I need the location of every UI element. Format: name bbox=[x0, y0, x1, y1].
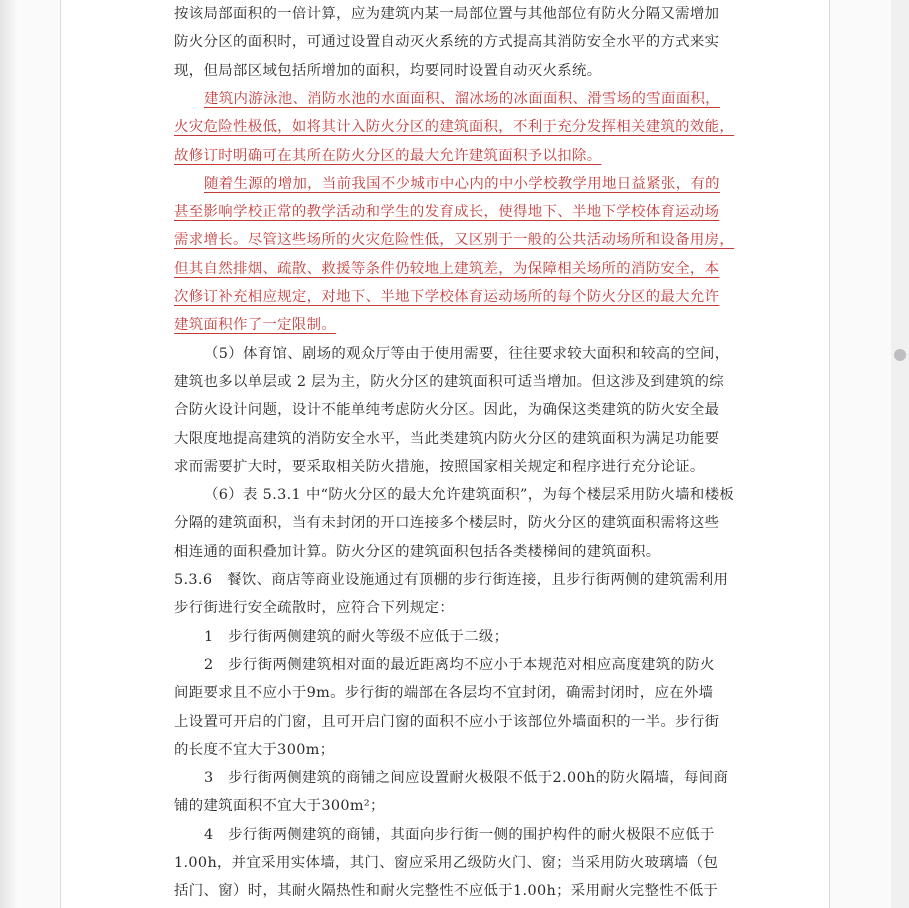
revised-text-line: 建筑内游泳池、消防水池的水面面积、溜冰场的冰面面积、滑雪场的雪面面积， bbox=[204, 85, 720, 113]
text-line: 1.00h，并宜采用实体墙，其门、窗应采用乙级防火门、窗；当采用防火玻璃墙（包 bbox=[174, 849, 718, 877]
line-text: （6）表 5.3.1 中“防火分区的最大允许建筑面积”，为每个楼层采用防火墙和楼… bbox=[204, 487, 734, 503]
line-text: 间距要求且不应小于9m。步行街的端部在各层均不宜封闭，确需封闭时，应在外墙 bbox=[174, 685, 713, 701]
line-text: 建筑内游泳池、消防水池的水面面积、溜冰场的冰面面积、滑雪场的雪面面积， bbox=[204, 91, 720, 107]
line-text: 相连通的面积叠加计算。防火分区的建筑面积包括各类楼梯间的建筑面积。 bbox=[174, 544, 660, 560]
text-line: 相连通的面积叠加计算。防火分区的建筑面积包括各类楼梯间的建筑面积。 bbox=[174, 538, 660, 566]
line-text: （5）体育馆、剧场的观众厅等由于使用需要，往往要求较大面积和较高的空间， bbox=[204, 346, 729, 362]
line-text: 分隔的建筑面积，当有未封闭的开口连接多个楼层时，防火分区的建筑面积需将这些 bbox=[174, 515, 719, 531]
text-line: 1 步行街两侧建筑的耐火等级不应低于二级； bbox=[204, 623, 508, 651]
text-line: 5.3.6 餐饮、商店等商业设施通过有顶棚的步行街连接，且步行街两侧的建筑需利用 bbox=[174, 566, 728, 594]
text-line: 括门、窗）时，其耐火隔热性和耐火完整性不应低于1.00h；采用耐火完整性不低于 bbox=[174, 877, 718, 905]
revised-text-line: 甚至影响学校正常的教学活动和学生的发育成长，使得地下、半地下学校体育运动场 bbox=[174, 198, 719, 226]
text-line: 按该局部面积的一倍计算，应为建筑内某一局部位置与其他部位有防火分隔又需增加 bbox=[174, 0, 719, 28]
line-text: 4 步行街两侧建筑的商铺，其面向步行街一侧的围护构件的耐火极限不应低于 bbox=[204, 827, 715, 843]
line-text: 上设置可开启的门窗，且可开启门窗的面积不应小于该部位外墙面积的一半。步行街 bbox=[174, 714, 719, 730]
revised-text-line: 需求增长。尽管这些场所的火灾危险性低，又区别于一般的公共活动场所和设备用房， bbox=[174, 226, 734, 254]
text-line: 上设置可开启的门窗，且可开启门窗的面积不应小于该部位外墙面积的一半。步行街 bbox=[174, 708, 719, 736]
text-line: 的长度不宜大于300m； bbox=[174, 736, 334, 764]
text-line: 2 步行街两侧建筑相对面的最近距离均不应小于本规范对相应高度建筑的防火 bbox=[204, 651, 715, 679]
line-text: 但其自然排烟、疏散、救援等条件仍较地上建筑差，为保障相关场所的消防安全，本 bbox=[174, 261, 719, 277]
line-text: 的长度不宜大于300m； bbox=[174, 742, 334, 758]
line-text: 按该局部面积的一倍计算，应为建筑内某一局部位置与其他部位有防火分隔又需增加 bbox=[174, 6, 719, 22]
line-text: 火灾危险性极低，如将其计入防火分区的建筑面积，不利于充分发挥相关建筑的效能， bbox=[174, 119, 734, 135]
vertical-scrollbar-track[interactable] bbox=[891, 0, 909, 908]
revised-text-line: 故修订时明确可在其所在防火分区的最大允许建筑面积予以扣除。 bbox=[174, 142, 601, 170]
line-text: 次修订补充相应规定，对地下、半地下学校体育运动场所的每个防火分区的最大允许 bbox=[174, 289, 719, 305]
line-text: 括门、窗）时，其耐火隔热性和耐火完整性不应低于1.00h；采用耐火完整性不低于 bbox=[174, 883, 718, 899]
line-text: 建筑面积作了一定限制。 bbox=[174, 317, 336, 333]
document-viewer: 按该局部面积的一倍计算，应为建筑内某一局部位置与其他部位有防火分隔又需增加防火分… bbox=[0, 0, 909, 908]
line-text: 防火分区的面积时，可通过设置自动灭火系统的方式提高其消防安全水平的方式来实 bbox=[174, 34, 719, 50]
text-line: 大限度地提高建筑的消防安全水平，当此类建筑内防火分区的建筑面积为满足功能要 bbox=[174, 425, 719, 453]
text-line: 分隔的建筑面积，当有未封闭的开口连接多个楼层时，防火分区的建筑面积需将这些 bbox=[174, 509, 719, 537]
text-line: 合防火设计问题，设计不能单纯考虑防火分区。因此，为确保这类建筑的防火安全最 bbox=[174, 396, 719, 424]
scrollbar-thumb[interactable] bbox=[894, 349, 906, 361]
revised-text-line: 建筑面积作了一定限制。 bbox=[174, 311, 336, 339]
line-text: 随着生源的增加，当前我国不少城市中心内的中小学校教学用地日益紧张，有的 bbox=[204, 176, 720, 192]
viewer-edge-shadow bbox=[0, 0, 18, 908]
revised-text-line: 次修订补充相应规定，对地下、半地下学校体育运动场所的每个防火分区的最大允许 bbox=[174, 283, 719, 311]
line-text: 现，但局部区域包括所增加的面积，均要同时设置自动灭火系统。 bbox=[174, 63, 601, 79]
text-line: 步行街进行安全疏散时，应符合下列规定： bbox=[174, 594, 454, 622]
line-text: 需求增长。尽管这些场所的火灾危险性低，又区别于一般的公共活动场所和设备用房， bbox=[174, 232, 734, 248]
text-line: 建筑也多以单层或 2 层为主，防火分区的建筑面积可适当增加。但这涉及到建筑的综 bbox=[174, 368, 724, 396]
revised-text-line: 火灾危险性极低，如将其计入防火分区的建筑面积，不利于充分发挥相关建筑的效能， bbox=[174, 113, 734, 141]
line-text: 大限度地提高建筑的消防安全水平，当此类建筑内防火分区的建筑面积为满足功能要 bbox=[174, 431, 719, 447]
text-line: 现，但局部区域包括所增加的面积，均要同时设置自动灭火系统。 bbox=[174, 57, 601, 85]
line-text: 求而需要扩大时，要采取相关防火措施，按照国家相关规定和程序进行充分论证。 bbox=[174, 459, 705, 475]
text-line: 3 步行街两侧建筑的商铺之间应设置耐火极限不低于2.00h的防火隔墙，每间商 bbox=[204, 764, 728, 792]
line-text: 3 步行街两侧建筑的商铺之间应设置耐火极限不低于2.00h的防火隔墙，每间商 bbox=[204, 770, 728, 786]
line-text: 1 步行街两侧建筑的耐火等级不应低于二级； bbox=[204, 629, 508, 645]
text-line: 求而需要扩大时，要采取相关防火措施，按照国家相关规定和程序进行充分论证。 bbox=[174, 453, 705, 481]
text-line: 间距要求且不应小于9m。步行街的端部在各层均不宜封闭，确需封闭时，应在外墙 bbox=[174, 679, 713, 707]
line-text: 建筑也多以单层或 2 层为主，防火分区的建筑面积可适当增加。但这涉及到建筑的综 bbox=[174, 374, 724, 390]
revised-text-line: 随着生源的增加，当前我国不少城市中心内的中小学校教学用地日益紧张，有的 bbox=[204, 170, 720, 198]
line-text: 1.00h，并宜采用实体墙，其门、窗应采用乙级防火门、窗；当采用防火玻璃墙（包 bbox=[174, 855, 718, 871]
line-text: 步行街进行安全疏散时，应符合下列规定： bbox=[174, 600, 454, 616]
line-text: 故修订时明确可在其所在防火分区的最大允许建筑面积予以扣除。 bbox=[174, 148, 601, 164]
line-text: 5.3.6 餐饮、商店等商业设施通过有顶棚的步行街连接，且步行街两侧的建筑需利用 bbox=[174, 572, 728, 588]
text-line: 防火分区的面积时，可通过设置自动灭火系统的方式提高其消防安全水平的方式来实 bbox=[174, 28, 719, 56]
text-line: 4 步行街两侧建筑的商铺，其面向步行街一侧的围护构件的耐火极限不应低于 bbox=[204, 821, 715, 849]
document-page: 按该局部面积的一倍计算，应为建筑内某一局部位置与其他部位有防火分隔又需增加防火分… bbox=[60, 0, 830, 908]
line-text: 合防火设计问题，设计不能单纯考虑防火分区。因此，为确保这类建筑的防火安全最 bbox=[174, 402, 719, 418]
revised-text-line: 但其自然排烟、疏散、救援等条件仍较地上建筑差，为保障相关场所的消防安全，本 bbox=[174, 255, 719, 283]
text-line: （6）表 5.3.1 中“防火分区的最大允许建筑面积”，为每个楼层采用防火墙和楼… bbox=[204, 481, 734, 509]
line-text: 铺的建筑面积不宜大于300m²； bbox=[174, 798, 385, 814]
line-text: 甚至影响学校正常的教学活动和学生的发育成长，使得地下、半地下学校体育运动场 bbox=[174, 204, 719, 220]
text-line: （5）体育馆、剧场的观众厅等由于使用需要，往往要求较大面积和较高的空间， bbox=[204, 340, 729, 368]
text-line: 铺的建筑面积不宜大于300m²； bbox=[174, 792, 385, 820]
line-text: 2 步行街两侧建筑相对面的最近距离均不应小于本规范对相应高度建筑的防火 bbox=[204, 657, 715, 673]
